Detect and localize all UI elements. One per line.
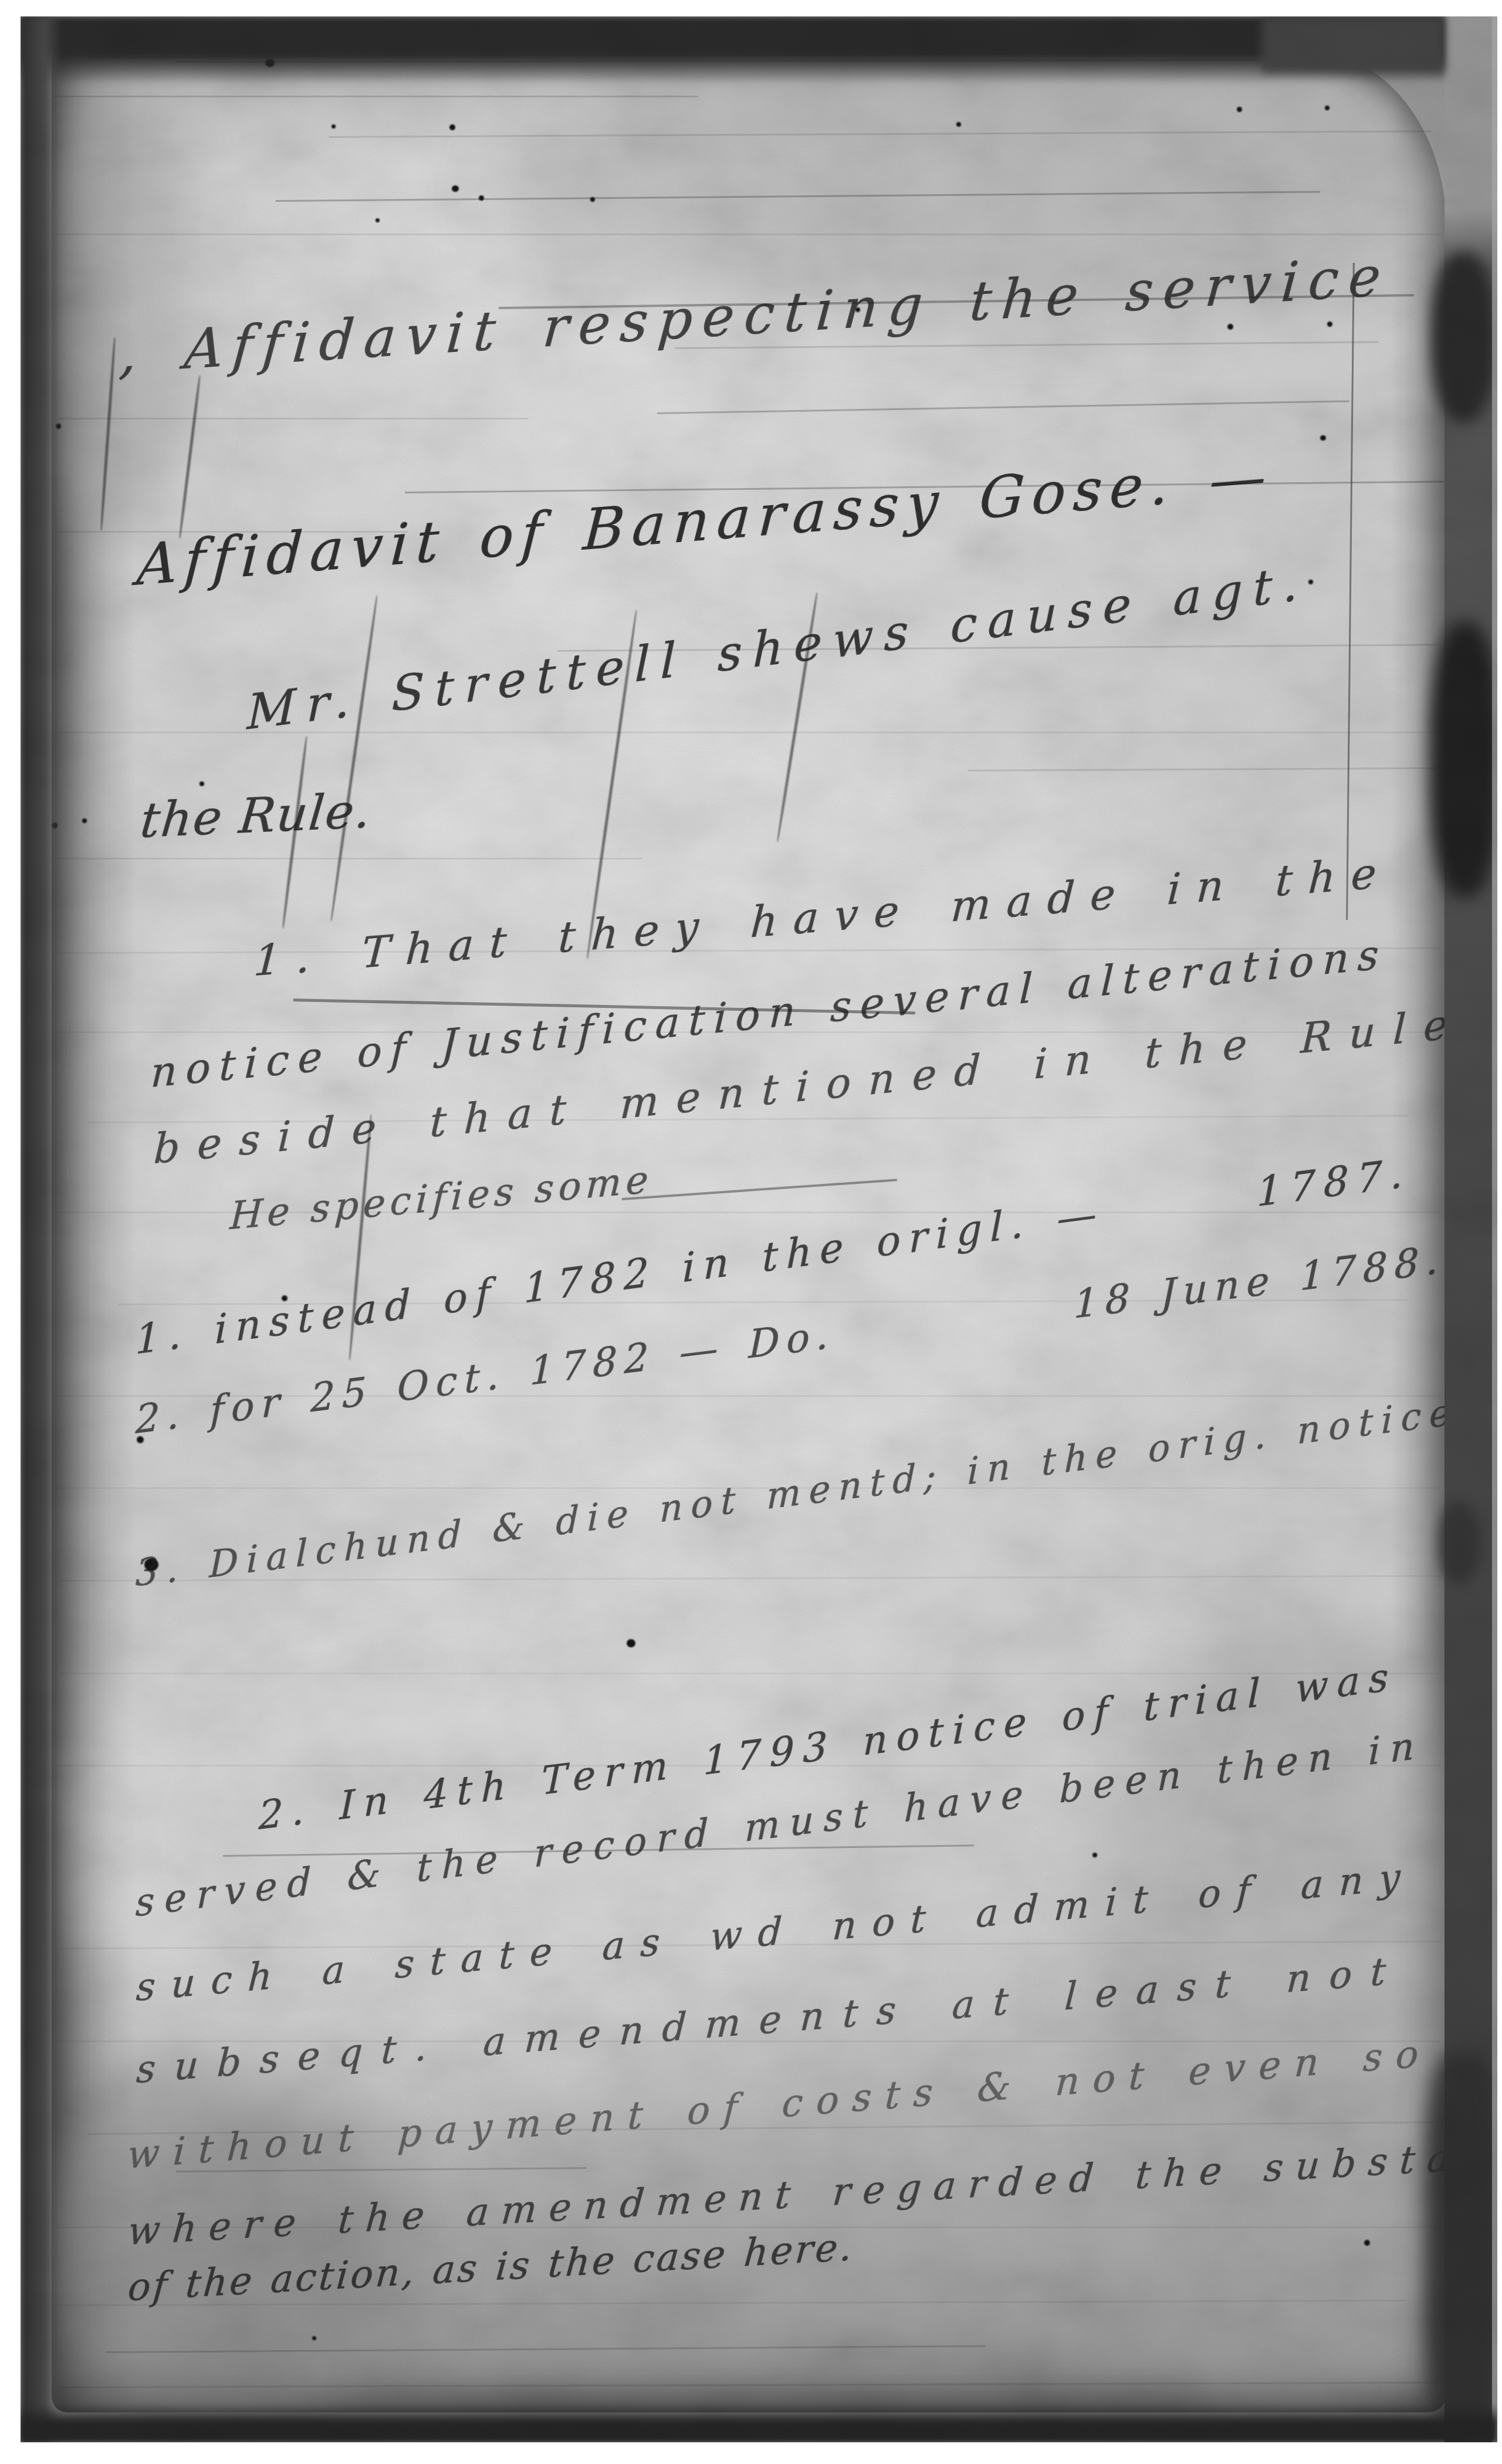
ink-speck <box>375 218 380 222</box>
scan-stage: , Affidavit respecting the service Affid… <box>21 16 1497 2442</box>
manuscript-line-4: the Rule. <box>138 783 374 849</box>
ink-speck <box>331 124 336 128</box>
ink-speck <box>56 424 61 429</box>
ink-speck <box>1325 106 1330 110</box>
ink-speck <box>52 823 57 828</box>
ink-speck <box>1237 107 1242 112</box>
ink-speck <box>1308 580 1313 584</box>
ruled-line <box>56 233 1440 235</box>
ink-speck <box>1320 435 1326 441</box>
scanned-page-photo: , Affidavit respecting the service Affid… <box>21 16 1497 2442</box>
ink-speck <box>265 59 275 67</box>
ink-speck <box>1364 2240 1370 2246</box>
ink-speck <box>590 197 595 202</box>
ink-speck <box>449 124 455 130</box>
ink-speck <box>452 185 459 192</box>
ink-speck <box>312 2336 316 2340</box>
ink-speck <box>1092 1853 1097 1857</box>
ink-speck <box>1327 321 1332 327</box>
ink-speck <box>82 818 87 823</box>
ruled-line <box>59 418 528 419</box>
ink-speck <box>1227 324 1233 330</box>
ink-speck <box>479 195 484 201</box>
ruled-line <box>53 96 698 97</box>
ruled-line <box>56 858 642 859</box>
ink-speck <box>199 781 204 786</box>
ink-blot <box>627 1639 635 1647</box>
book-gutter <box>1445 16 1497 2442</box>
ink-speck <box>956 122 961 127</box>
